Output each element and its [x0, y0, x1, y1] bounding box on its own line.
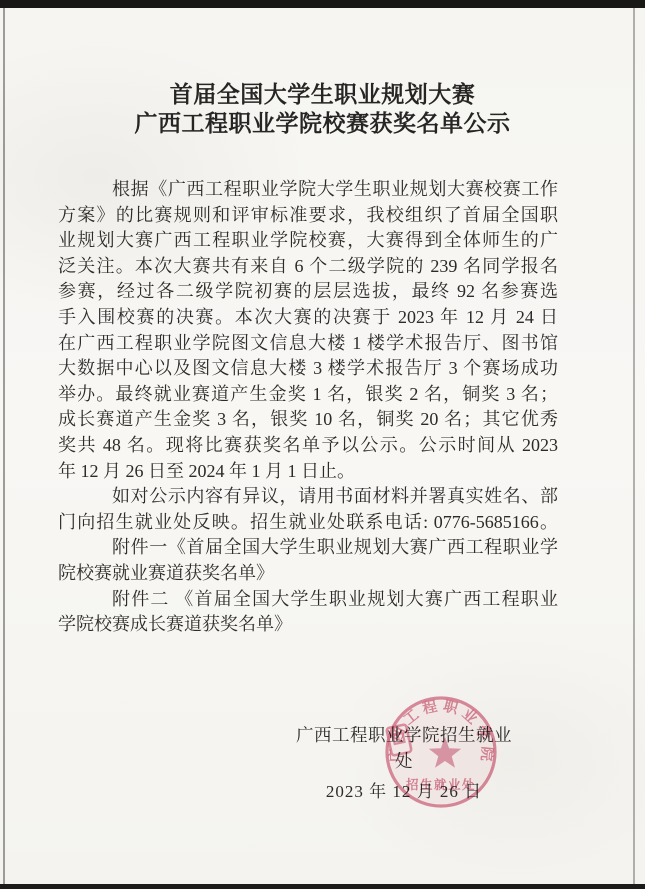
- body-line: 年 12 月 26 日至 2024 年 1 月 1 日止。: [58, 459, 558, 485]
- body-line: 门向招生就业处反映。招生就业处联系电话: 0776-5685166。: [58, 510, 558, 536]
- body-line: 在广西工程职业学院图文信息大楼 1 楼学术报告厅、图书馆: [58, 331, 558, 357]
- body-line: 附件一《首届全国大学生职业规划大赛广西工程职业学: [58, 535, 558, 561]
- body-line: 根据《广西工程职业学院大学生职业规划大赛校赛工作: [58, 177, 558, 203]
- body-line: 附件二 《首届全国大学生职业规划大赛广西工程职业: [58, 587, 558, 613]
- body-line: 如对公示内容有异议，请用书面材料并署真实姓名、部: [58, 484, 558, 510]
- signature-unit: 广西工程职业学院招生就业处: [288, 722, 520, 774]
- page-edge-right: [633, 8, 635, 884]
- body-line: 学院校赛成长赛道获奖名单》: [58, 612, 558, 638]
- body-line: 奖共 48 名。现将比赛获奖名单予以公示。公示时间从 2023: [58, 433, 558, 459]
- scanner-edge-bottom: [0, 884, 645, 889]
- scanner-edge-top: [0, 0, 645, 8]
- body-line: 大数据中心以及图文信息大楼 3 楼学术报告厅 3 个赛场成功: [58, 356, 558, 382]
- document-body: 根据《广西工程职业学院大学生职业规划大赛校赛工作方案》的比赛规则和评审标准要求，…: [58, 177, 558, 638]
- body-line: 手入围校赛的决赛。本次大赛的决赛于 2023 年 12 月 24 日: [58, 305, 558, 331]
- title-line-2: 广西工程职业学院校赛获奖名单公示: [0, 110, 645, 139]
- title-line-1: 首届全国大学生职业规划大赛: [0, 81, 645, 110]
- body-line: 参赛，经过各二级学院初赛的层层选拔，最终 92 名参赛选: [58, 279, 558, 305]
- body-line: 方案》的比赛规则和评审标准要求，我校组织了首届全国职: [58, 203, 558, 229]
- body-line: 业规划大赛广西工程职业学院校赛，大赛得到全体师生的广: [58, 228, 558, 254]
- document-title: 首届全国大学生职业规划大赛 广西工程职业学院校赛获奖名单公示: [0, 81, 645, 138]
- body-line: 举办。最终就业赛道产生金奖 1 名，银奖 2 名，铜奖 3 名；: [58, 382, 558, 408]
- signature-block: 广西工程职业学院招生就业处 2023 年 12 月 26 日: [288, 722, 520, 805]
- body-line: 院校赛就业赛道获奖名单》: [58, 561, 558, 587]
- page-edge-left: [3, 8, 5, 884]
- signature-date: 2023 年 12 月 26 日: [288, 779, 520, 805]
- body-line: 成长赛道产生金奖 3 名，银奖 10 名，铜奖 20 名；其它优秀: [58, 407, 558, 433]
- body-line: 泛关注。本次大赛共有来自 6 个二级学院的 239 名同学报名: [58, 254, 558, 280]
